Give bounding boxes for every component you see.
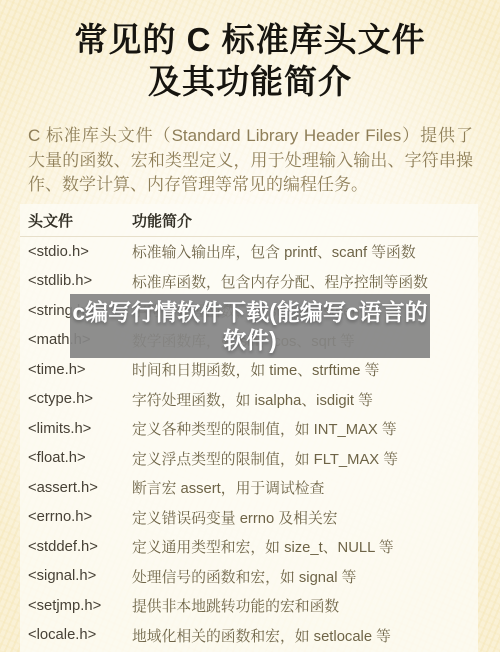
description-cell: 字符处理函数，如 isalpha、isdigit 等 — [132, 389, 478, 410]
description-cell: 地域化相关的函数和宏，如 setlocale 等 — [132, 625, 478, 646]
page-title: 常见的 C 标准库头文件 及其功能简介 — [0, 0, 500, 103]
column-header-file: 头文件 — [20, 210, 132, 231]
table-header-row: 头文件 功能简介 — [20, 204, 478, 237]
header-file-cell: <signal.h> — [20, 568, 132, 584]
description-cell: 处理信号的函数和宏，如 signal 等 — [132, 566, 478, 587]
table-row: <errno.h> 定义错误码变量 errno 及相关宏 — [20, 503, 478, 533]
watermark-overlay: c编写行情软件下载(能编写c语言的 软件) — [70, 294, 430, 358]
table-row: <limits.h> 定义各种类型的限制值，如 INT_MAX 等 — [20, 414, 478, 444]
header-file-cell: <locale.h> — [20, 627, 132, 643]
header-file-cell: <time.h> — [20, 362, 132, 378]
description-cell: 定义错误码变量 errno 及相关宏 — [132, 507, 478, 528]
description-cell: 标准库函数，包含内存分配、程序控制等函数 — [132, 271, 478, 292]
table-row: <locale.h> 地域化相关的函数和宏，如 setlocale 等 — [20, 621, 478, 651]
description-cell: 定义通用类型和宏，如 size_t、NULL 等 — [132, 536, 478, 557]
header-file-cell: <limits.h> — [20, 421, 132, 437]
table-row: <signal.h> 处理信号的函数和宏，如 signal 等 — [20, 562, 478, 592]
page-title-line2: 及其功能简介 — [0, 61, 500, 103]
description-cell: 提供非本地跳转功能的宏和函数 — [132, 595, 478, 616]
table-row: <stdio.h> 标准输入输出库，包含 printf、scanf 等函数 — [20, 237, 478, 267]
description-cell: 断言宏 assert，用于调试检查 — [132, 477, 478, 498]
table-row: <ctype.h> 字符处理函数，如 isalpha、isdigit 等 — [20, 385, 478, 415]
description-cell: 定义各种类型的限制值，如 INT_MAX 等 — [132, 418, 478, 439]
intro-paragraph: C 标准库头文件（Standard Library Header Files）提… — [28, 124, 473, 198]
table-row: <assert.h> 断言宏 assert，用于调试检查 — [20, 473, 478, 503]
table-row: <setjmp.h> 提供非本地跳转功能的宏和函数 — [20, 591, 478, 621]
header-file-cell: <errno.h> — [20, 509, 132, 525]
header-file-cell: <stdlib.h> — [20, 273, 132, 289]
column-header-description: 功能简介 — [132, 210, 478, 231]
description-cell: 标准输入输出库，包含 printf、scanf 等函数 — [132, 241, 478, 262]
header-file-cell: <stdio.h> — [20, 244, 132, 260]
table-row: <stdlib.h> 标准库函数，包含内存分配、程序控制等函数 — [20, 267, 478, 297]
watermark-text-line1: c编写行情软件下载(能编写c语言的 — [72, 298, 427, 326]
header-file-cell: <float.h> — [20, 450, 132, 466]
table-row: <time.h> 时间和日期函数，如 time、strftime 等 — [20, 355, 478, 385]
header-file-cell: <setjmp.h> — [20, 598, 132, 614]
description-cell: 定义浮点类型的限制值，如 FLT_MAX 等 — [132, 448, 478, 469]
table-row: <float.h> 定义浮点类型的限制值，如 FLT_MAX 等 — [20, 444, 478, 474]
header-file-cell: <stddef.h> — [20, 539, 132, 555]
header-file-cell: <ctype.h> — [20, 391, 132, 407]
page-title-line1: 常见的 C 标准库头文件 — [0, 19, 500, 61]
header-file-cell: <assert.h> — [20, 480, 132, 496]
table-row: <stddef.h> 定义通用类型和宏，如 size_t、NULL 等 — [20, 532, 478, 562]
watermark-text-line2: 软件) — [223, 326, 277, 354]
header-files-table: 头文件 功能简介 <stdio.h> 标准输入输出库，包含 printf、sca… — [20, 204, 478, 652]
description-cell: 时间和日期函数，如 time、strftime 等 — [132, 359, 478, 380]
